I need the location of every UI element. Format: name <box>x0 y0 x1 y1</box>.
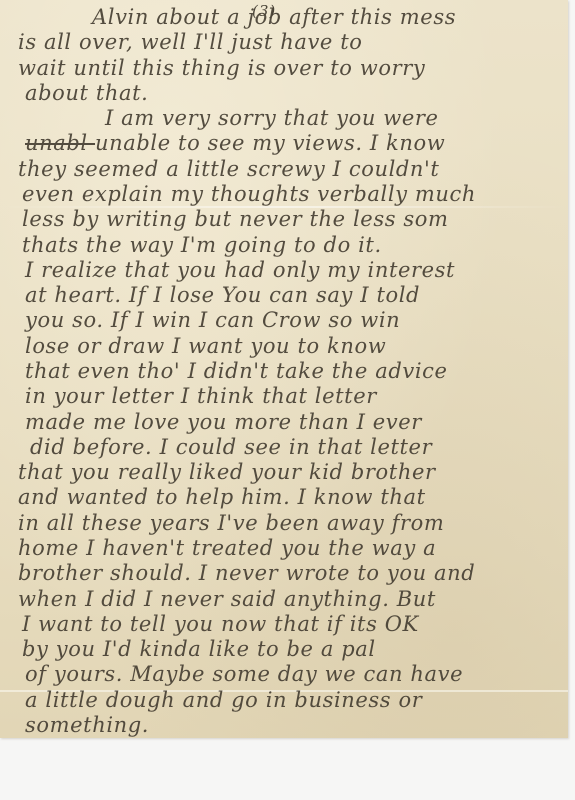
handwritten-line: of yours. Maybe some day we can have <box>25 661 463 687</box>
handwritten-line: that even tho' I didn't take the advice <box>25 358 448 384</box>
handwritten-line: something. <box>25 712 149 738</box>
handwritten-line: home I haven't treated you the way a <box>18 535 436 561</box>
handwritten-line: brother should. I never wrote to you and <box>18 560 475 586</box>
handwritten-line: that you really liked your kid brother <box>18 459 436 485</box>
handwritten-line: did before. I could see in that letter <box>30 434 432 460</box>
handwritten-line: they seemed a little screwy I couldn't <box>18 156 439 182</box>
struck-word: unabl <box>25 131 95 155</box>
handwritten-line: in all these years I've been away from <box>18 510 444 536</box>
handwritten-line: I realize that you had only my interest <box>25 257 455 283</box>
handwritten-line: and wanted to help him. I know that <box>18 484 426 510</box>
handwritten-line: is all over, well I'll just have to <box>18 29 363 55</box>
handwritten-line: I am very sorry that you were <box>105 105 439 131</box>
handwritten-line: you so. If I win I can Crow so win <box>25 307 400 333</box>
line-text: unable to see my views. I know <box>95 131 445 155</box>
handwritten-line: less by writing but never the less som <box>22 206 449 232</box>
handwritten-line: at heart. If I lose You can say I told <box>25 282 420 308</box>
handwritten-line: a little dough and go in business or <box>25 687 422 713</box>
handwritten-line: about that. <box>25 80 148 106</box>
handwritten-line: made me love you more than I ever <box>25 409 422 435</box>
scanned-letter-page: (3) Alvin about a job after this messis … <box>0 0 575 800</box>
handwritten-line: Alvin about a job after this mess <box>92 4 456 30</box>
letter-paper: (3) Alvin about a job after this messis … <box>0 0 568 738</box>
handwritten-line: when I did I never said anything. But <box>18 586 436 612</box>
handwritten-line: by you I'd kinda like to be a pal <box>22 636 376 662</box>
handwritten-line: unabl unable to see my views. I know <box>25 130 445 156</box>
handwritten-line: in your letter I think that letter <box>25 383 377 409</box>
handwritten-line: thats the way I'm going to do it. <box>22 232 382 258</box>
handwritten-line: wait until this thing is over to worry <box>18 55 425 81</box>
handwritten-line: lose or draw I want you to know <box>25 333 386 359</box>
handwritten-line: I want to tell you now that if its OK <box>22 611 419 637</box>
handwritten-line: even explain my thoughts verbally much <box>22 181 476 207</box>
